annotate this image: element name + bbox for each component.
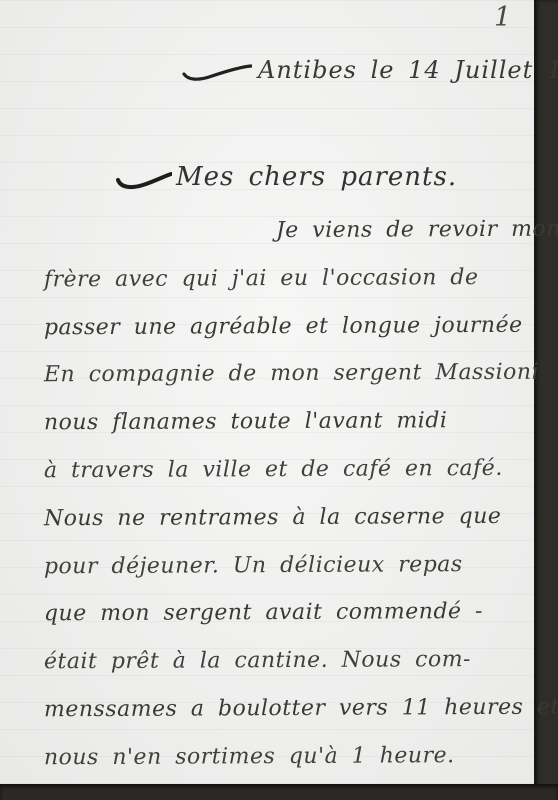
letter-body: Je viens de revoir mon frère avec qui j'… bbox=[44, 218, 540, 792]
letter-line: Je viens de revoir mon bbox=[44, 217, 540, 267]
salutation-text: Mes chers parents. bbox=[176, 162, 457, 192]
letter-line: à travers la ville et de café en café. bbox=[44, 456, 540, 506]
letter-line: nous n'en sortimes qu'à 1 heure. bbox=[44, 742, 540, 792]
letter-line: menssames a boulotter vers 11 heures et bbox=[44, 695, 540, 745]
salutation-row: Mes chers parents. bbox=[116, 162, 457, 192]
pen-flourish-icon bbox=[182, 57, 252, 83]
letter-line: que mon sergent avait commendé - bbox=[44, 599, 540, 649]
scanned-letter-page: 1 Antibes le 14 Juillet 1908 Mes chers p… bbox=[0, 0, 558, 800]
letter-line: En compagnie de mon sergent Massioni bbox=[44, 360, 540, 410]
letter-line: était prêt à la cantine. Nous com- bbox=[44, 647, 540, 697]
dateline-text: Antibes le 14 Juillet 1908 bbox=[258, 56, 558, 84]
dateline-row: Antibes le 14 Juillet 1908 bbox=[182, 56, 558, 84]
page-number: 1 bbox=[494, 2, 512, 33]
letter-line: frère avec qui j'ai eu l'occasion de bbox=[44, 264, 540, 314]
letter-line: passer une agréable et longue journée bbox=[44, 312, 540, 362]
letter-line: Nous ne rentrames à la caserne que bbox=[44, 503, 540, 553]
pen-flourish-icon bbox=[116, 162, 172, 192]
letter-line: nous flanames toute l'avant midi bbox=[44, 408, 540, 458]
letter-line: pour déjeuner. Un délicieux repas bbox=[44, 551, 540, 601]
